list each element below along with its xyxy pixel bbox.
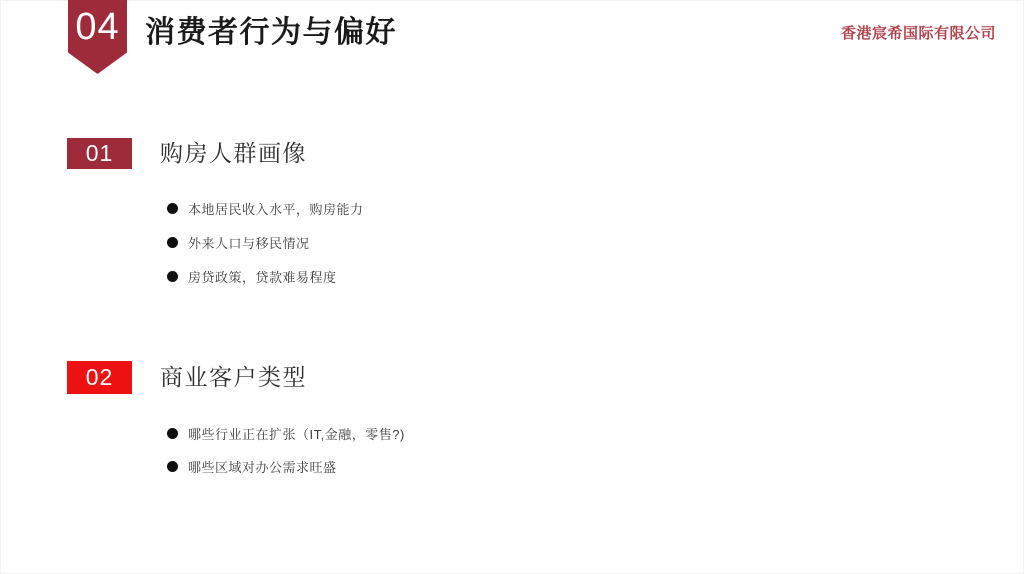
section-2-heading: 商业客户类型 — [160, 361, 307, 394]
chapter-ribbon: 04 — [68, 0, 127, 74]
bullet-item: 本地居民收入水平，购房能力 — [167, 201, 364, 215]
bullet-item: 房贷政策，贷款难易程度 — [167, 269, 364, 283]
section-1-number: 01 — [86, 140, 114, 167]
bullet-text: 房贷政策，贷款难易程度 — [188, 267, 337, 286]
bullet-item: 外来人口与移民情况 — [167, 235, 364, 249]
bullet-text: 本地居民收入水平，购房能力 — [188, 199, 364, 218]
section-1-number-box: 01 — [67, 138, 132, 169]
section-1-bullet-list: 本地居民收入水平，购房能力 外来人口与移民情况 房贷政策，贷款难易程度 — [167, 201, 364, 283]
section-2-bullet-list: 哪些行业正在扩张（IT,金融，零售?) 哪些区域对办公需求旺盛 — [167, 426, 405, 473]
presentation-slide: 04 消费者行为与偏好 香港宸希国际有限公司 01 购房人群画像 本地居民收入水… — [0, 0, 1024, 574]
bullet-dot-icon — [167, 237, 178, 248]
slide-title: 消费者行为与偏好 — [145, 14, 397, 52]
company-name: 香港宸希国际有限公司 — [841, 22, 996, 43]
bullet-dot-icon — [167, 461, 178, 472]
bullet-dot-icon — [167, 428, 178, 439]
bullet-dot-icon — [167, 271, 178, 282]
bullet-text: 外来人口与移民情况 — [188, 233, 310, 252]
bullet-dot-icon — [167, 203, 178, 214]
bullet-text: 哪些区域对办公需求旺盛 — [188, 457, 337, 476]
section-2-number: 02 — [86, 364, 114, 391]
chapter-number: 04 — [75, 0, 119, 55]
bullet-item: 哪些区域对办公需求旺盛 — [167, 459, 405, 473]
bullet-text: 哪些行业正在扩张（IT,金融，零售?) — [188, 424, 405, 443]
section-1-heading: 购房人群画像 — [160, 138, 307, 169]
bullet-item: 哪些行业正在扩张（IT,金融，零售?) — [167, 426, 405, 440]
section-2-number-box: 02 — [67, 361, 132, 394]
